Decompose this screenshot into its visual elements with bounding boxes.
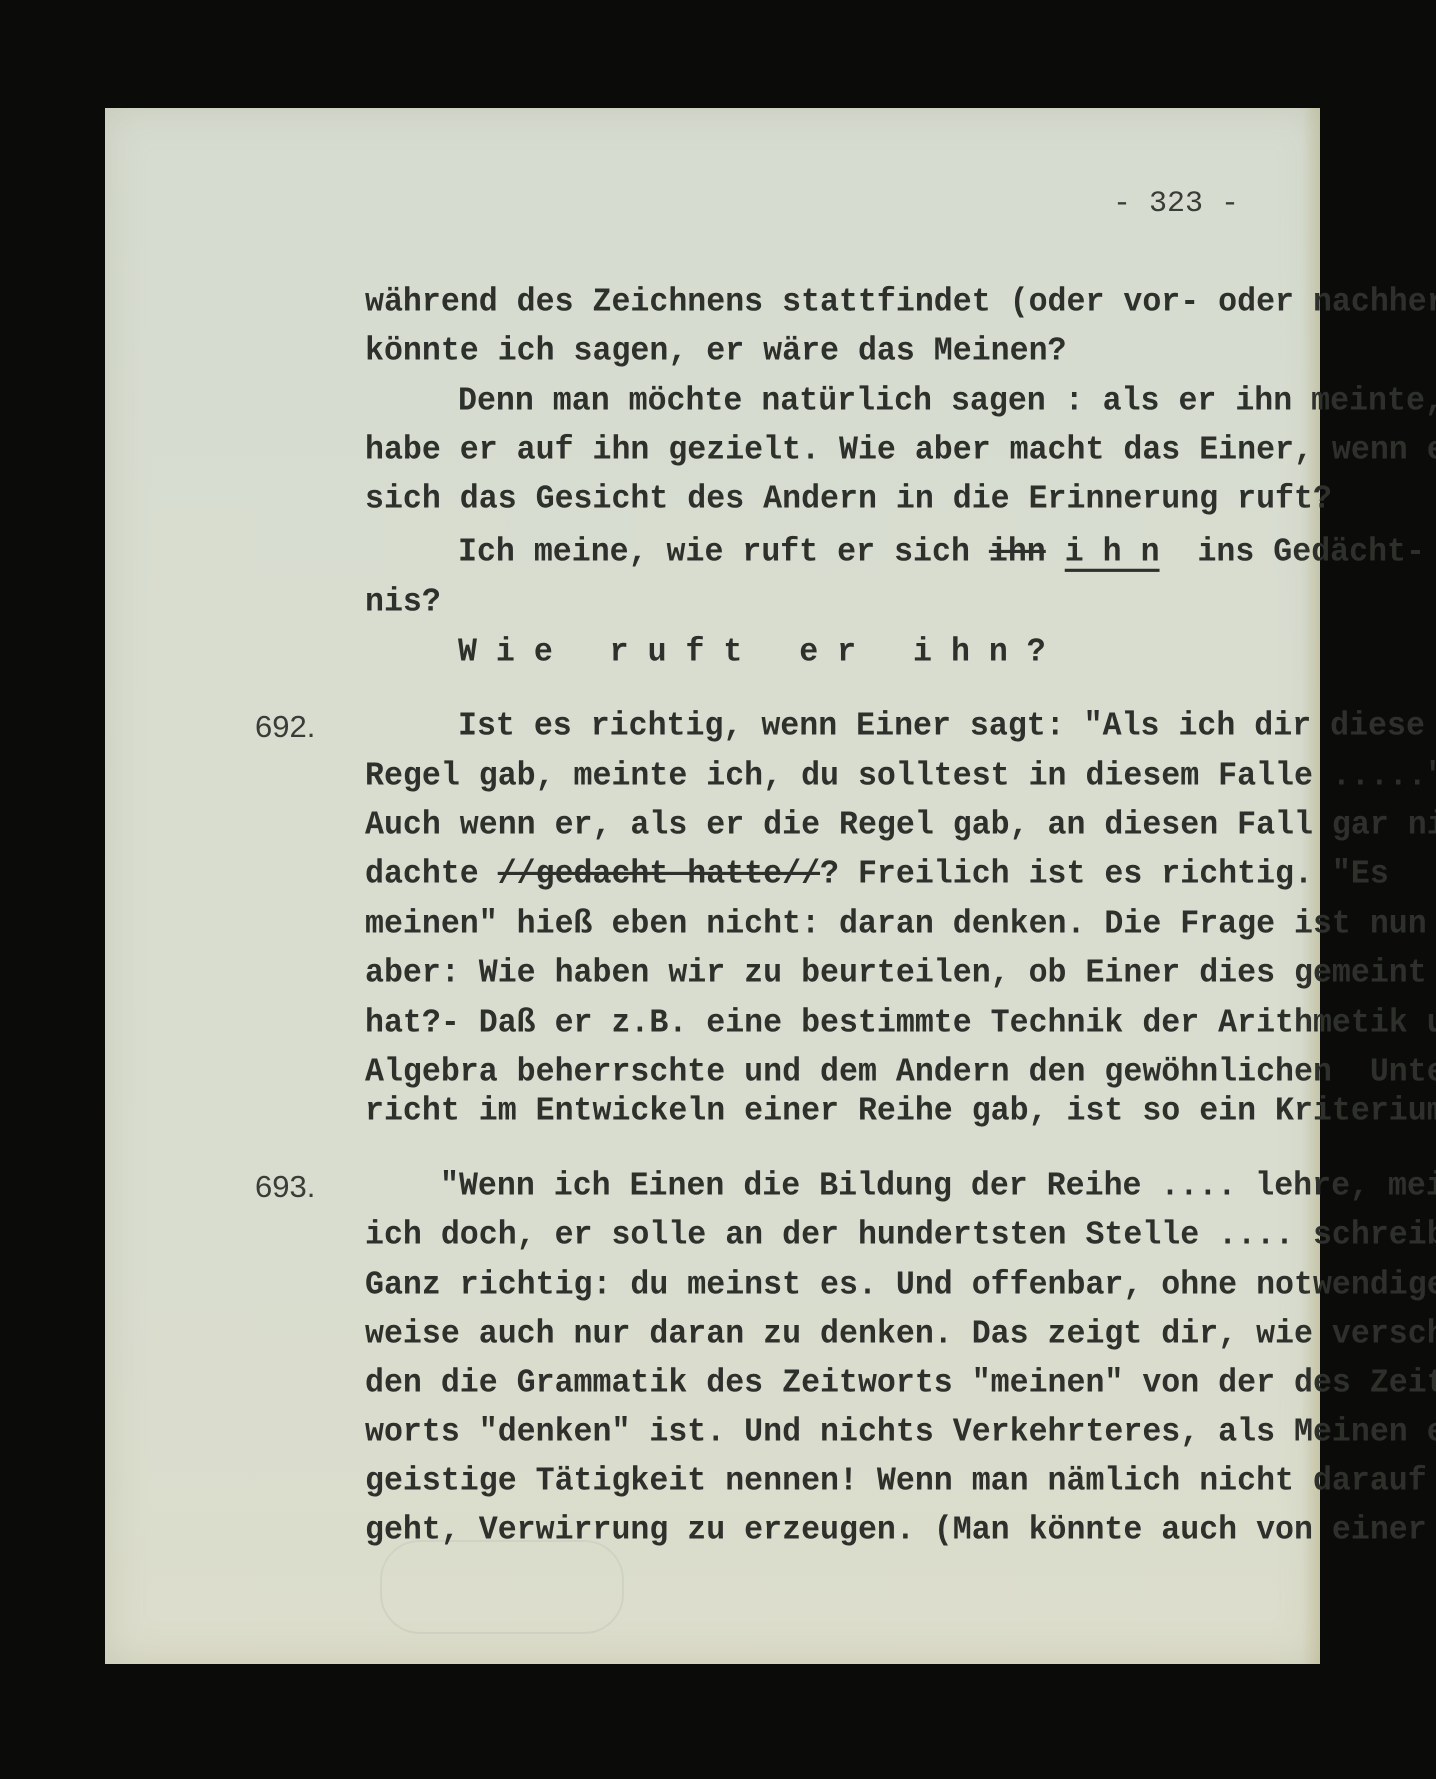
spaced-emphasis-line: W i e r u f t e r i h n ? xyxy=(458,634,1046,672)
faded-stamp xyxy=(380,1540,624,1634)
text-line: Regel gab, meinte ich, du solltest in di… xyxy=(365,758,1436,796)
struck-word: ihn xyxy=(989,534,1046,571)
text-line-with-correction: dachte //gedacht hatte//? Freilich ist e… xyxy=(365,856,1389,894)
text-line: geistige Tätigkeit nennen! Wenn man näml… xyxy=(365,1463,1436,1501)
text-segment: dachte xyxy=(365,856,498,893)
text-segment: ? Freilich ist es richtig. "Es xyxy=(820,856,1389,893)
text-line: geht, Verwirrung zu erzeugen. (Man könnt… xyxy=(365,1512,1427,1550)
text-line: könnte ich sagen, er wäre das Meinen? xyxy=(365,333,1067,371)
text-line: den die Grammatik des Zeitworts "meinen"… xyxy=(365,1365,1436,1403)
text-segment xyxy=(1046,534,1065,571)
text-segment: ins Gedächt- xyxy=(1160,534,1425,571)
text-line: Denn man möchte natürlich sagen : als er… xyxy=(458,383,1436,421)
section-number-692: 692. xyxy=(255,709,315,745)
text-line: nis? xyxy=(365,584,441,622)
text-line: "Wenn ich Einen die Bildung der Reihe ..… xyxy=(440,1168,1436,1206)
text-line: Auch wenn er, als er die Regel gab, an d… xyxy=(365,807,1436,845)
text-line: Ist es richtig, wenn Einer sagt: "Als ic… xyxy=(458,708,1425,746)
text-line: worts "denken" ist. Und nichts Verkehrte… xyxy=(365,1414,1436,1452)
page-number: - 323 - xyxy=(1113,187,1239,221)
text-line: meinen" hieß eben nicht: daran denken. D… xyxy=(365,906,1427,944)
text-line: aber: Wie haben wir zu beurteilen, ob Ei… xyxy=(365,955,1427,993)
text-line: weise auch nur daran zu denken. Das zeig… xyxy=(365,1316,1436,1354)
text-line: hat?- Daß er z.B. eine bestimmte Technik… xyxy=(365,1005,1436,1043)
text-line: habe er auf ihn gezielt. Wie aber macht … xyxy=(365,432,1436,470)
text-line: während des Zeichnens stattfindet (oder … xyxy=(365,284,1436,322)
text-line: richt im Entwickeln einer Reihe gab, ist… xyxy=(365,1093,1436,1131)
text-line: Algebra beherrschte und dem Andern den g… xyxy=(365,1054,1436,1092)
text-line: sich das Gesicht des Andern in die Erinn… xyxy=(365,481,1332,519)
underlined-word: i h n xyxy=(1065,534,1160,571)
text-segment: Ich meine, wie ruft er sich xyxy=(458,534,989,571)
section-number-693: 693. xyxy=(255,1169,315,1205)
struck-phrase: //gedacht hatte// xyxy=(498,856,820,893)
text-line-with-correction: Ich meine, wie ruft er sich ihn i h n in… xyxy=(458,534,1425,572)
text-line: ich doch, er solle an der hundertsten St… xyxy=(365,1217,1436,1255)
text-line: Ganz richtig: du meinst es. Und offenbar… xyxy=(365,1267,1436,1305)
